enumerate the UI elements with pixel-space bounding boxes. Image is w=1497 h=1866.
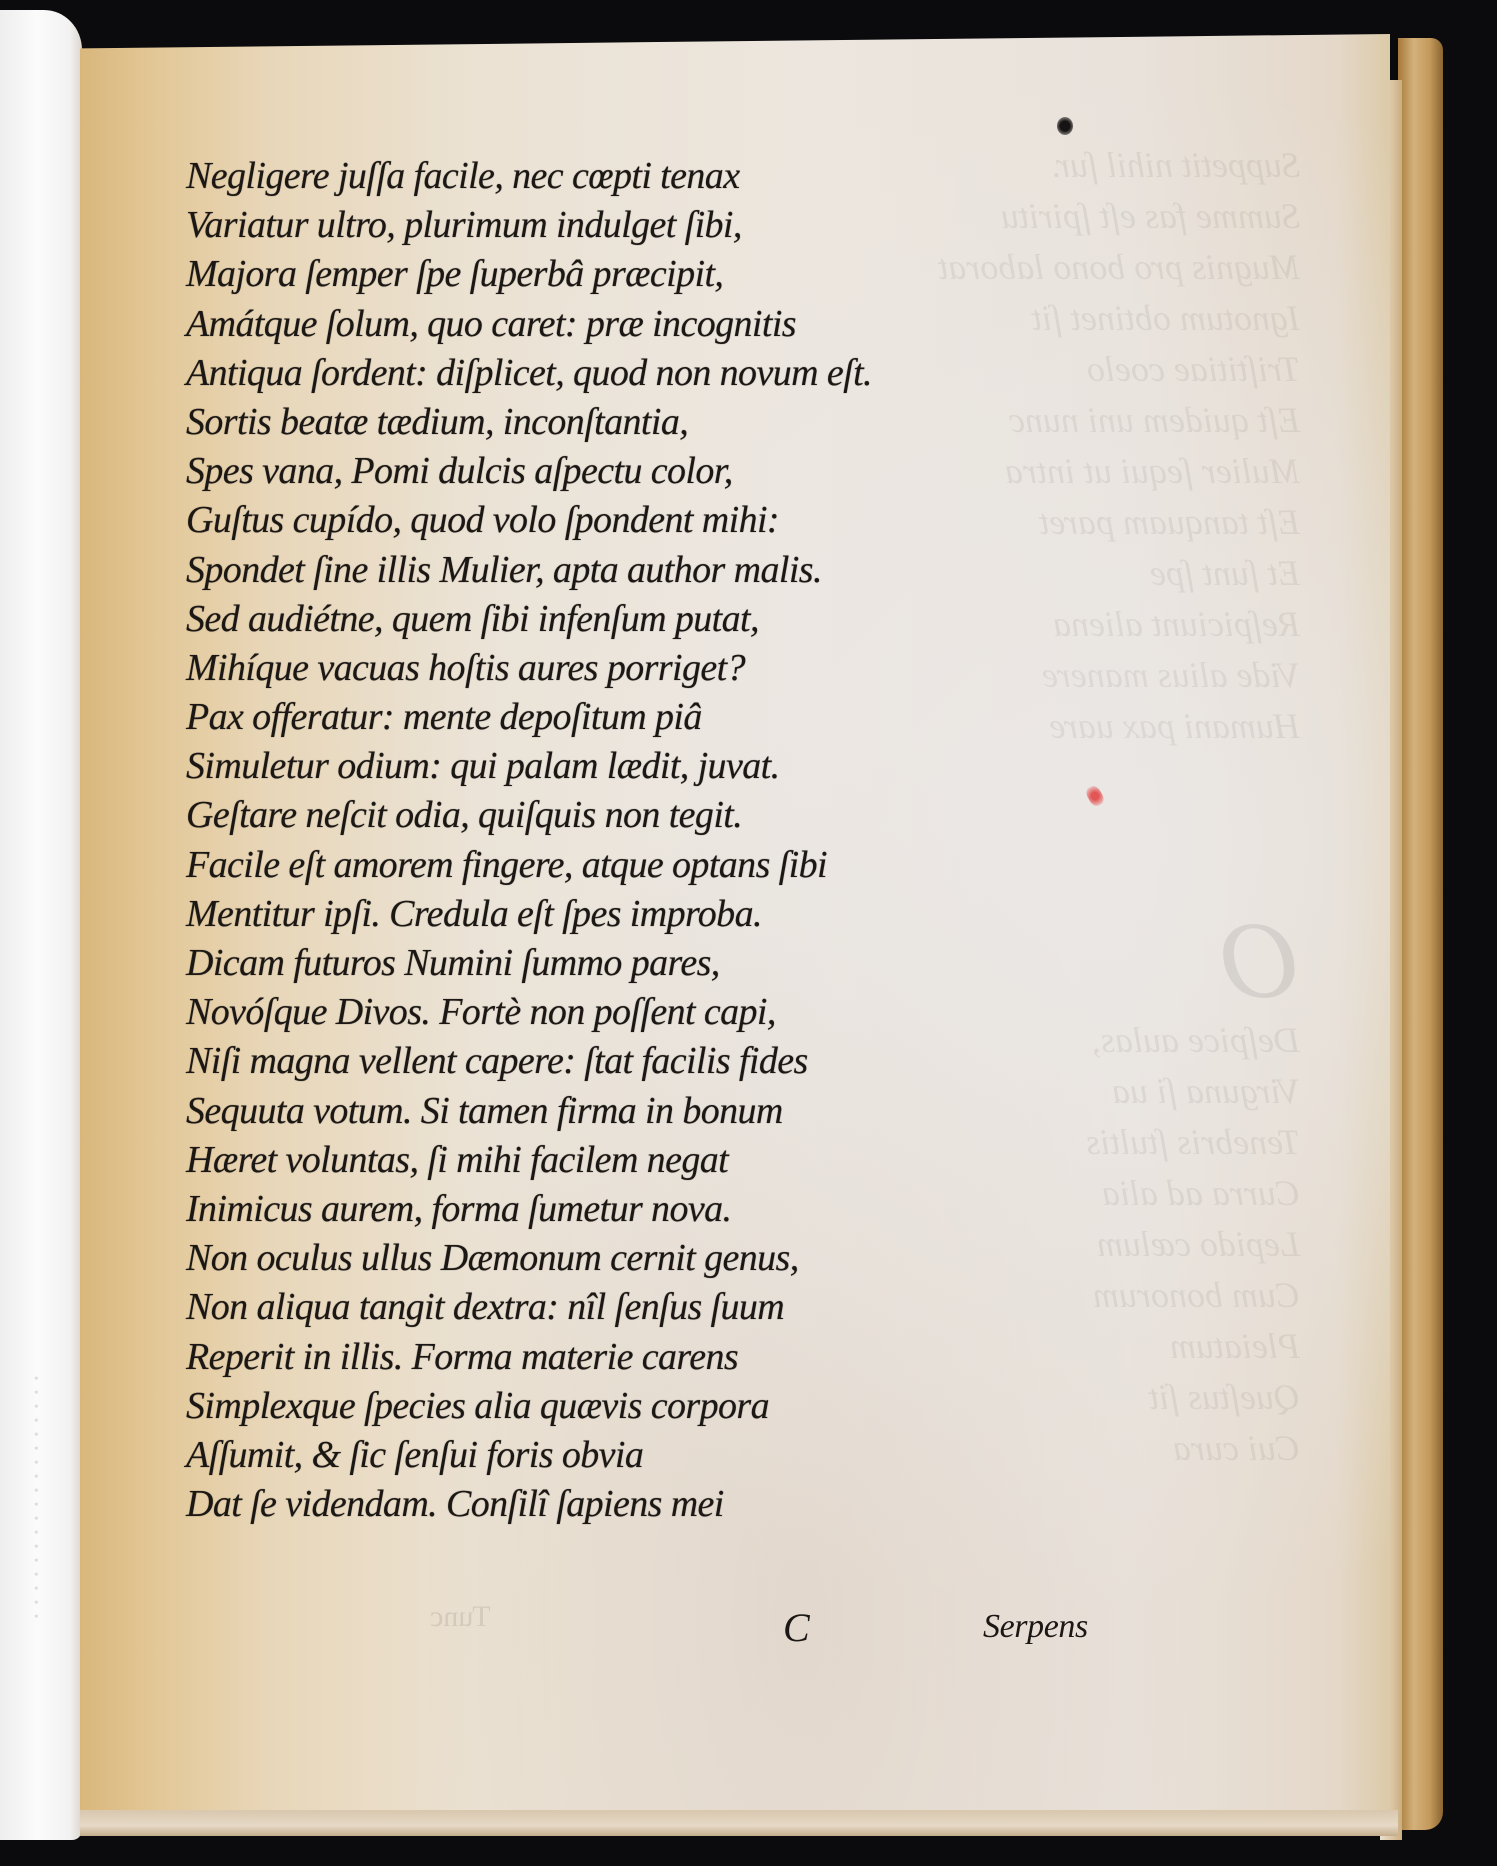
verse-line: Inimicus aurem, forma ſumetur nova.: [186, 1185, 872, 1234]
verse-text: Negligere juſſa facile, nec cœpti tenax …: [186, 152, 872, 1529]
verse-line: Sequuta votum. Si tamen firma in bonum: [186, 1087, 872, 1136]
verse-line: Antiqua ſordent: diſplicet, quod non nov…: [186, 349, 872, 398]
verse-line: Novóſque Divos. Fortè non poſſent capi,: [186, 988, 872, 1037]
verse-line: Pax offeratur: mente depoſitum piâ: [186, 693, 872, 742]
verse-line: Dat ſe videndam. Conſilî ſapiens mei: [186, 1480, 872, 1529]
verse-line: Hæret voluntas, ſi mihi facilem negat: [186, 1136, 872, 1185]
verse-line: Non aliqua tangit dextra: nîl ſenſus ſuu…: [186, 1283, 872, 1332]
verse-line: Niſi magna vellent capere: ſtat facilis …: [186, 1037, 872, 1086]
verse-line: Mihíque vacuas hoſtis aures porriget?: [186, 644, 872, 693]
ink-spot: [1057, 117, 1073, 135]
catchword: Serpens: [983, 1608, 1088, 1646]
verse-line: Variatur ultro, plurimum indulget ſibi,: [186, 201, 872, 250]
verse-line: Spes vana, Pomi dulcis aſpectu color,: [186, 447, 872, 496]
book-photograph: · · · · · · · · · · · · · · · · · · Supp…: [0, 0, 1497, 1866]
verse-line: Spondet ſine illis Mulier, apta author m…: [186, 546, 872, 595]
verse-line: Sortis beatæ tædium, inconſtantia,: [186, 398, 872, 447]
verse-line: Sed audiétne, quem ſibi infenſum putat,: [186, 595, 872, 644]
left-page-edge: · · · · · · · · · · · · · · · · · ·: [0, 10, 82, 1840]
verse-line: Facile eſt amorem fingere, atque optans …: [186, 841, 872, 890]
verse-line: Guſtus cupído, quod volo ſpondent mihi:: [186, 496, 872, 545]
verse-line: Geſtare neſcit odia, quiſquis non tegit.: [186, 791, 872, 840]
verse-line: Amátque ſolum, quo caret: præ incognitis: [186, 300, 872, 349]
verse-line: Non oculus ullus Dæmonum cernit genus,: [186, 1234, 872, 1283]
verse-line: Majora ſemper ſpe ſuperbâ præcipit,: [186, 250, 872, 299]
verse-line: Aſſumit, & ſic ſenſui foris obvia: [186, 1431, 872, 1480]
verse-line: Simuletur odium: qui palam lædit, juvat.: [186, 742, 872, 791]
signature-mark: C: [783, 1604, 810, 1651]
verse-line: Negligere juſſa facile, nec cœpti tenax: [186, 152, 872, 201]
page-bottom-edge: [80, 1810, 1398, 1836]
verse-line: Dicam futuros Numini ſummo pares,: [186, 939, 872, 988]
verse-line: Reperit in illis. Forma materie carens: [186, 1333, 872, 1382]
book-cover-edge: [1398, 38, 1443, 1830]
left-page-faint-text: · · · · · · · · · · · · · · · · · ·: [10, 120, 30, 1620]
reverse-side-ghost-footer: Tunc: [430, 1600, 491, 1634]
verse-line: Mentitur ipſi. Credula eſt ſpes improba.: [186, 890, 872, 939]
verse-line: Simplexque ſpecies alia quævis corpora: [186, 1382, 872, 1431]
